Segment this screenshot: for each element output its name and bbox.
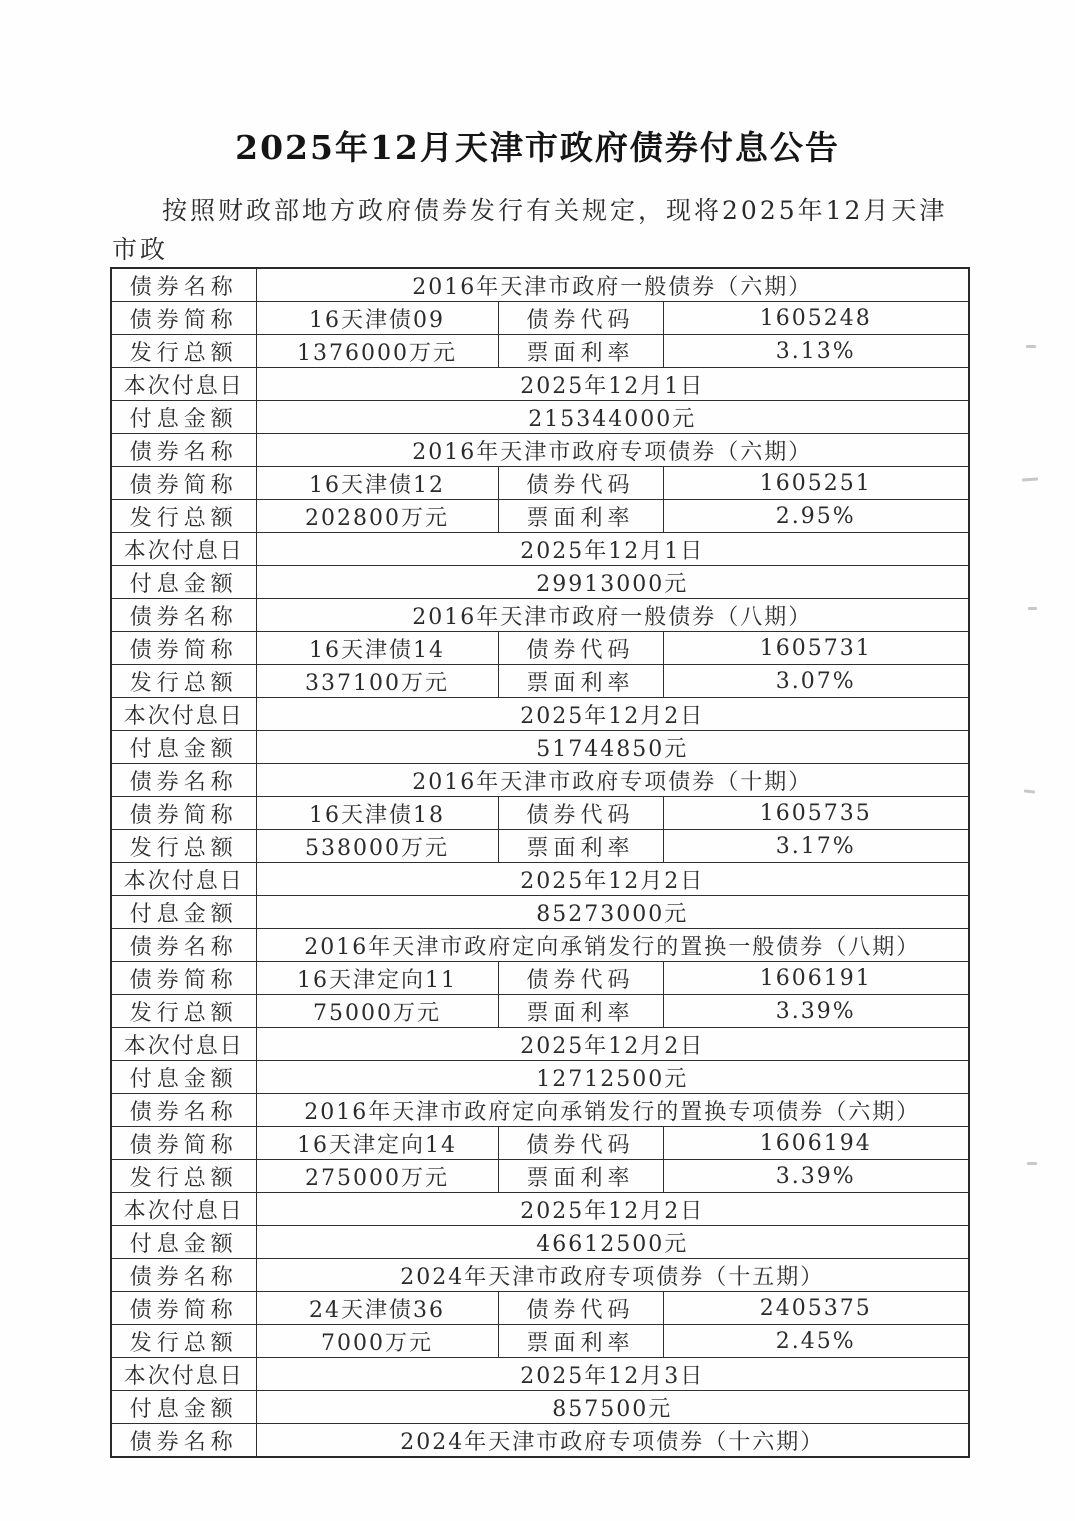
table-row: 本次付息日 2025年12月2日 — [111, 863, 969, 896]
pay-amount-label: 付息金额 — [111, 896, 256, 929]
issue-total-value: 1376000万元 — [256, 335, 498, 368]
table-row: 付息金额 857500元 — [111, 1391, 969, 1424]
table-row: 发行总额 538000万元 票面利率 3.17% — [111, 830, 969, 863]
short-name-label: 债券简称 — [111, 1292, 256, 1325]
bond-code-value: 1605248 — [663, 302, 969, 335]
issue-total-label: 发行总额 — [111, 830, 256, 863]
short-name-label: 债券简称 — [111, 632, 256, 665]
pay-amount-value: 85273000元 — [256, 896, 969, 929]
pay-amount-value: 12712500元 — [256, 1061, 969, 1094]
pay-amount-value: 46612500元 — [256, 1226, 969, 1259]
pay-amount-value: 857500元 — [256, 1391, 969, 1424]
issue-total-value: 202800万元 — [256, 500, 498, 533]
page-title: 2025年12月天津市政府债券付息公告 — [0, 122, 1075, 169]
issue-total-label: 发行总额 — [111, 500, 256, 533]
pay-amount-label: 付息金额 — [111, 1226, 256, 1259]
table-row: 债券名称 2016年天津市政府定向承销发行的置换专项债券（六期） — [111, 1094, 969, 1127]
table-row: 债券简称 16天津债09 债券代码 1605248 — [111, 302, 969, 335]
bond-name-label: 债券名称 — [111, 929, 256, 962]
pay-date-value: 2025年12月2日 — [256, 863, 969, 896]
scan-artifact — [1024, 789, 1035, 793]
bond-code-label: 债券代码 — [498, 302, 663, 335]
pay-amount-value: 51744850元 — [256, 731, 969, 764]
table-row: 付息金额 85273000元 — [111, 896, 969, 929]
pay-amount-label: 付息金额 — [111, 566, 256, 599]
bond-name-label: 债券名称 — [111, 434, 256, 467]
issue-total-label: 发行总额 — [111, 995, 256, 1028]
pay-date-label: 本次付息日 — [111, 1028, 256, 1061]
pay-date-label: 本次付息日 — [111, 533, 256, 566]
bond-code-value: 1605735 — [663, 797, 969, 830]
short-name-value: 16天津定向11 — [256, 962, 498, 995]
short-name-value: 16天津定向14 — [256, 1127, 498, 1160]
table-row: 本次付息日 2025年12月2日 — [111, 1193, 969, 1226]
pay-date-label: 本次付息日 — [111, 1358, 256, 1391]
pay-date-value: 2025年12月2日 — [256, 1028, 969, 1061]
issue-total-value: 538000万元 — [256, 830, 498, 863]
pay-amount-label: 付息金额 — [111, 1391, 256, 1424]
table-row: 付息金额 29913000元 — [111, 566, 969, 599]
table-row: 债券名称 2016年天津市政府专项债券（十期） — [111, 764, 969, 797]
coupon-rate-value: 2.45% — [663, 1325, 969, 1358]
coupon-rate-value: 3.39% — [663, 1160, 969, 1193]
bond-name-label: 债券名称 — [111, 1424, 256, 1458]
bond-name-label: 债券名称 — [111, 1094, 256, 1127]
short-name-value: 16天津债09 — [256, 302, 498, 335]
table-row: 本次付息日 2025年12月1日 — [111, 533, 969, 566]
table-row: 发行总额 1376000万元 票面利率 3.13% — [111, 335, 969, 368]
bond-payment-table: 债券名称 2016年天津市政府一般债券（六期） 债券简称 16天津债09 债券代… — [110, 267, 970, 1458]
coupon-rate-label: 票面利率 — [498, 1160, 663, 1193]
short-name-value: 16天津债12 — [256, 467, 498, 500]
issue-total-value: 75000万元 — [256, 995, 498, 1028]
intro-line-1: 按照财政部地方政府债券发行有关规定，现将2025年12月天津市政 — [112, 196, 947, 264]
pay-amount-label: 付息金额 — [111, 401, 256, 434]
bond-code-label: 债券代码 — [498, 1127, 663, 1160]
table-row: 付息金额 215344000元 — [111, 401, 969, 434]
bond-name-label: 债券名称 — [111, 268, 256, 302]
bond-code-label: 债券代码 — [498, 467, 663, 500]
pay-date-label: 本次付息日 — [111, 863, 256, 896]
table-row: 债券简称 16天津债18 债券代码 1605735 — [111, 797, 969, 830]
table-row: 债券简称 24天津债36 债券代码 2405375 — [111, 1292, 969, 1325]
bond-code-label: 债券代码 — [498, 962, 663, 995]
bond-name-value: 2016年天津市政府一般债券（六期） — [256, 268, 969, 302]
short-name-label: 债券简称 — [111, 797, 256, 830]
coupon-rate-value: 3.17% — [663, 830, 969, 863]
coupon-rate-value: 3.07% — [663, 665, 969, 698]
pay-date-value: 2025年12月1日 — [256, 368, 969, 401]
table-row: 债券名称 2016年天津市政府专项债券（六期） — [111, 434, 969, 467]
issue-total-label: 发行总额 — [111, 1160, 256, 1193]
bond-name-value: 2016年天津市政府定向承销发行的置换一般债券（八期） — [256, 929, 969, 962]
coupon-rate-label: 票面利率 — [498, 995, 663, 1028]
scan-artifact — [1022, 477, 1038, 481]
table-row: 债券简称 16天津债14 债券代码 1605731 — [111, 632, 969, 665]
bond-name-value: 2024年天津市政府专项债券（十六期） — [256, 1424, 969, 1458]
short-name-label: 债券简称 — [111, 302, 256, 335]
coupon-rate-value: 3.39% — [663, 995, 969, 1028]
short-name-label: 债券简称 — [111, 467, 256, 500]
short-name-value: 16天津债18 — [256, 797, 498, 830]
table-row: 债券名称 2016年天津市政府定向承销发行的置换一般债券（八期） — [111, 929, 969, 962]
bond-name-label: 债券名称 — [111, 599, 256, 632]
bond-name-value: 2016年天津市政府专项债券（六期） — [256, 434, 969, 467]
table-row: 付息金额 46612500元 — [111, 1226, 969, 1259]
bond-name-label: 债券名称 — [111, 1259, 256, 1292]
pay-date-value: 2025年12月3日 — [256, 1358, 969, 1391]
bond-code-value: 1605731 — [663, 632, 969, 665]
bond-code-value: 2405375 — [663, 1292, 969, 1325]
scan-artifact — [1027, 1162, 1037, 1165]
bond-name-label: 债券名称 — [111, 764, 256, 797]
bond-name-value: 2024年天津市政府专项债券（十五期） — [256, 1259, 969, 1292]
short-name-value: 16天津债14 — [256, 632, 498, 665]
coupon-rate-label: 票面利率 — [498, 665, 663, 698]
bond-code-label: 债券代码 — [498, 632, 663, 665]
bond-name-value: 2016年天津市政府定向承销发行的置换专项债券（六期） — [256, 1094, 969, 1127]
short-name-label: 债券简称 — [111, 1127, 256, 1160]
table-row: 本次付息日 2025年12月3日 — [111, 1358, 969, 1391]
pay-date-label: 本次付息日 — [111, 698, 256, 731]
scan-artifact — [1026, 345, 1036, 348]
bond-name-value: 2016年天津市政府专项债券（十期） — [256, 764, 969, 797]
bond-code-value: 1605251 — [663, 467, 969, 500]
table-row: 付息金额 51744850元 — [111, 731, 969, 764]
bond-code-value: 1606191 — [663, 962, 969, 995]
table-row: 发行总额 337100万元 票面利率 3.07% — [111, 665, 969, 698]
table-row: 发行总额 75000万元 票面利率 3.39% — [111, 995, 969, 1028]
coupon-rate-label: 票面利率 — [498, 830, 663, 863]
table-row: 付息金额 12712500元 — [111, 1061, 969, 1094]
bond-code-label: 债券代码 — [498, 1292, 663, 1325]
table-row: 债券名称 2024年天津市政府专项债券（十五期） — [111, 1259, 969, 1292]
pay-amount-value: 29913000元 — [256, 566, 969, 599]
table-row: 债券名称 2016年天津市政府一般债券（六期） — [111, 268, 969, 302]
table-row: 债券名称 2024年天津市政府专项债券（十六期） — [111, 1424, 969, 1458]
coupon-rate-label: 票面利率 — [498, 1325, 663, 1358]
short-name-label: 债券简称 — [111, 962, 256, 995]
pay-amount-label: 付息金额 — [111, 731, 256, 764]
table-row: 本次付息日 2025年12月1日 — [111, 368, 969, 401]
pay-date-label: 本次付息日 — [111, 368, 256, 401]
pay-date-value: 2025年12月2日 — [256, 1193, 969, 1226]
issue-total-label: 发行总额 — [111, 1325, 256, 1358]
table-row: 发行总额 7000万元 票面利率 2.45% — [111, 1325, 969, 1358]
issue-total-value: 337100万元 — [256, 665, 498, 698]
issue-total-label: 发行总额 — [111, 335, 256, 368]
table-row: 本次付息日 2025年12月2日 — [111, 1028, 969, 1061]
pay-date-value: 2025年12月2日 — [256, 698, 969, 731]
coupon-rate-value: 3.13% — [663, 335, 969, 368]
table-row: 债券名称 2016年天津市政府一般债券（八期） — [111, 599, 969, 632]
scanned-page: 2025年12月天津市政府债券付息公告 按照财政部地方政府债券发行有关规定，现将… — [0, 0, 1075, 1521]
short-name-value: 24天津债36 — [256, 1292, 498, 1325]
pay-amount-value: 215344000元 — [256, 401, 969, 434]
coupon-rate-label: 票面利率 — [498, 500, 663, 533]
issue-total-label: 发行总额 — [111, 665, 256, 698]
table-row: 债券简称 16天津债12 债券代码 1605251 — [111, 467, 969, 500]
coupon-rate-label: 票面利率 — [498, 335, 663, 368]
bond-code-value: 1606194 — [663, 1127, 969, 1160]
issue-total-value: 275000万元 — [256, 1160, 498, 1193]
issue-total-value: 7000万元 — [256, 1325, 498, 1358]
pay-date-value: 2025年12月1日 — [256, 533, 969, 566]
table-row: 发行总额 275000万元 票面利率 3.39% — [111, 1160, 969, 1193]
bond-name-value: 2016年天津市政府一般债券（八期） — [256, 599, 969, 632]
table-row: 本次付息日 2025年12月2日 — [111, 698, 969, 731]
scan-artifact — [1028, 607, 1037, 610]
pay-date-label: 本次付息日 — [111, 1193, 256, 1226]
table-row: 债券简称 16天津定向11 债券代码 1606191 — [111, 962, 969, 995]
bond-code-label: 债券代码 — [498, 797, 663, 830]
table-row: 发行总额 202800万元 票面利率 2.95% — [111, 500, 969, 533]
table-row: 债券简称 16天津定向14 债券代码 1606194 — [111, 1127, 969, 1160]
coupon-rate-value: 2.95% — [663, 500, 969, 533]
pay-amount-label: 付息金额 — [111, 1061, 256, 1094]
